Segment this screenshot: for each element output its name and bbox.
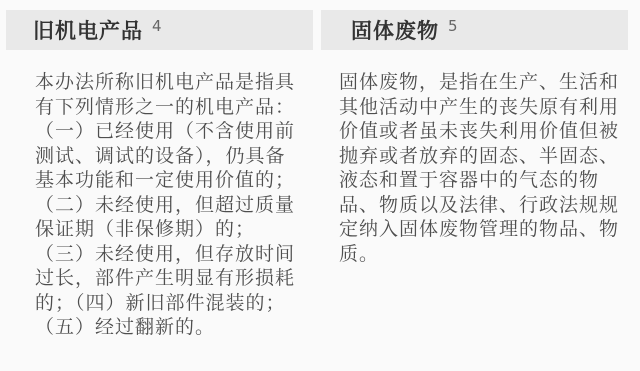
definition-line: 过长，部件产生明显有形损耗 (35, 266, 313, 291)
term-definition: 本办法所称旧机电产品是指具 有下列情形之一的机电产品： （一）已经使用（不含使用… (6, 70, 313, 340)
definition-line: 测试、调试的设备），仍具备 (35, 144, 313, 169)
term-title: 旧机电产品 (33, 15, 143, 45)
definition-line: （三）未经使用，但存放时间 (35, 242, 313, 267)
definition-line: 的；（四）新旧部件混装的； (35, 291, 313, 316)
definition-line: 品、物质以及法律、行政法规规 (339, 193, 628, 218)
definition-line: 抛弃或者放弃的固态、半固态、 (339, 144, 628, 169)
definition-line: 基本功能和一定使用价值的； (35, 168, 313, 193)
term-header: 旧机电产品 4 (6, 10, 313, 50)
definition-line: （五）经过翻新的。 (35, 315, 313, 340)
definition-line: 价值或者虽未丧失利用价值但被 (339, 119, 628, 144)
term-card-old-mechanical-products: 旧机电产品 4 本办法所称旧机电产品是指具 有下列情形之一的机电产品： （一）已… (6, 10, 313, 340)
definition-line: 定纳入固体废物管理的物品、物 (339, 217, 628, 242)
footnote-number: 4 (152, 17, 162, 35)
term-title: 固体废物 (351, 15, 439, 45)
definition-line: 质。 (339, 242, 628, 267)
definition-line: 有下列情形之一的机电产品： (35, 95, 313, 120)
definition-line: 其他活动中产生的丧失原有利用 (339, 95, 628, 120)
definition-line: 保证期（非保修期）的； (35, 217, 313, 242)
definition-line: 固体废物，是指在生产、生活和 (339, 70, 628, 95)
definition-line: 本办法所称旧机电产品是指具 (35, 70, 313, 95)
term-definition: 固体废物，是指在生产、生活和 其他活动中产生的丧失原有利用 价值或者虽未丧失利用… (321, 70, 628, 266)
term-header: 固体废物 5 (321, 10, 628, 50)
term-columns: 旧机电产品 4 本办法所称旧机电产品是指具 有下列情形之一的机电产品： （一）已… (0, 0, 640, 340)
term-card-solid-waste: 固体废物 5 固体废物，是指在生产、生活和 其他活动中产生的丧失原有利用 价值或… (321, 10, 628, 340)
definition-line: （二）未经使用，但超过质量 (35, 193, 313, 218)
definition-line: （一）已经使用（不含使用前 (35, 119, 313, 144)
footnote-number: 5 (448, 17, 458, 35)
document-page: 旧机电产品 4 本办法所称旧机电产品是指具 有下列情形之一的机电产品： （一）已… (0, 0, 640, 371)
definition-line: 液态和置于容器中的气态的物 (339, 168, 628, 193)
